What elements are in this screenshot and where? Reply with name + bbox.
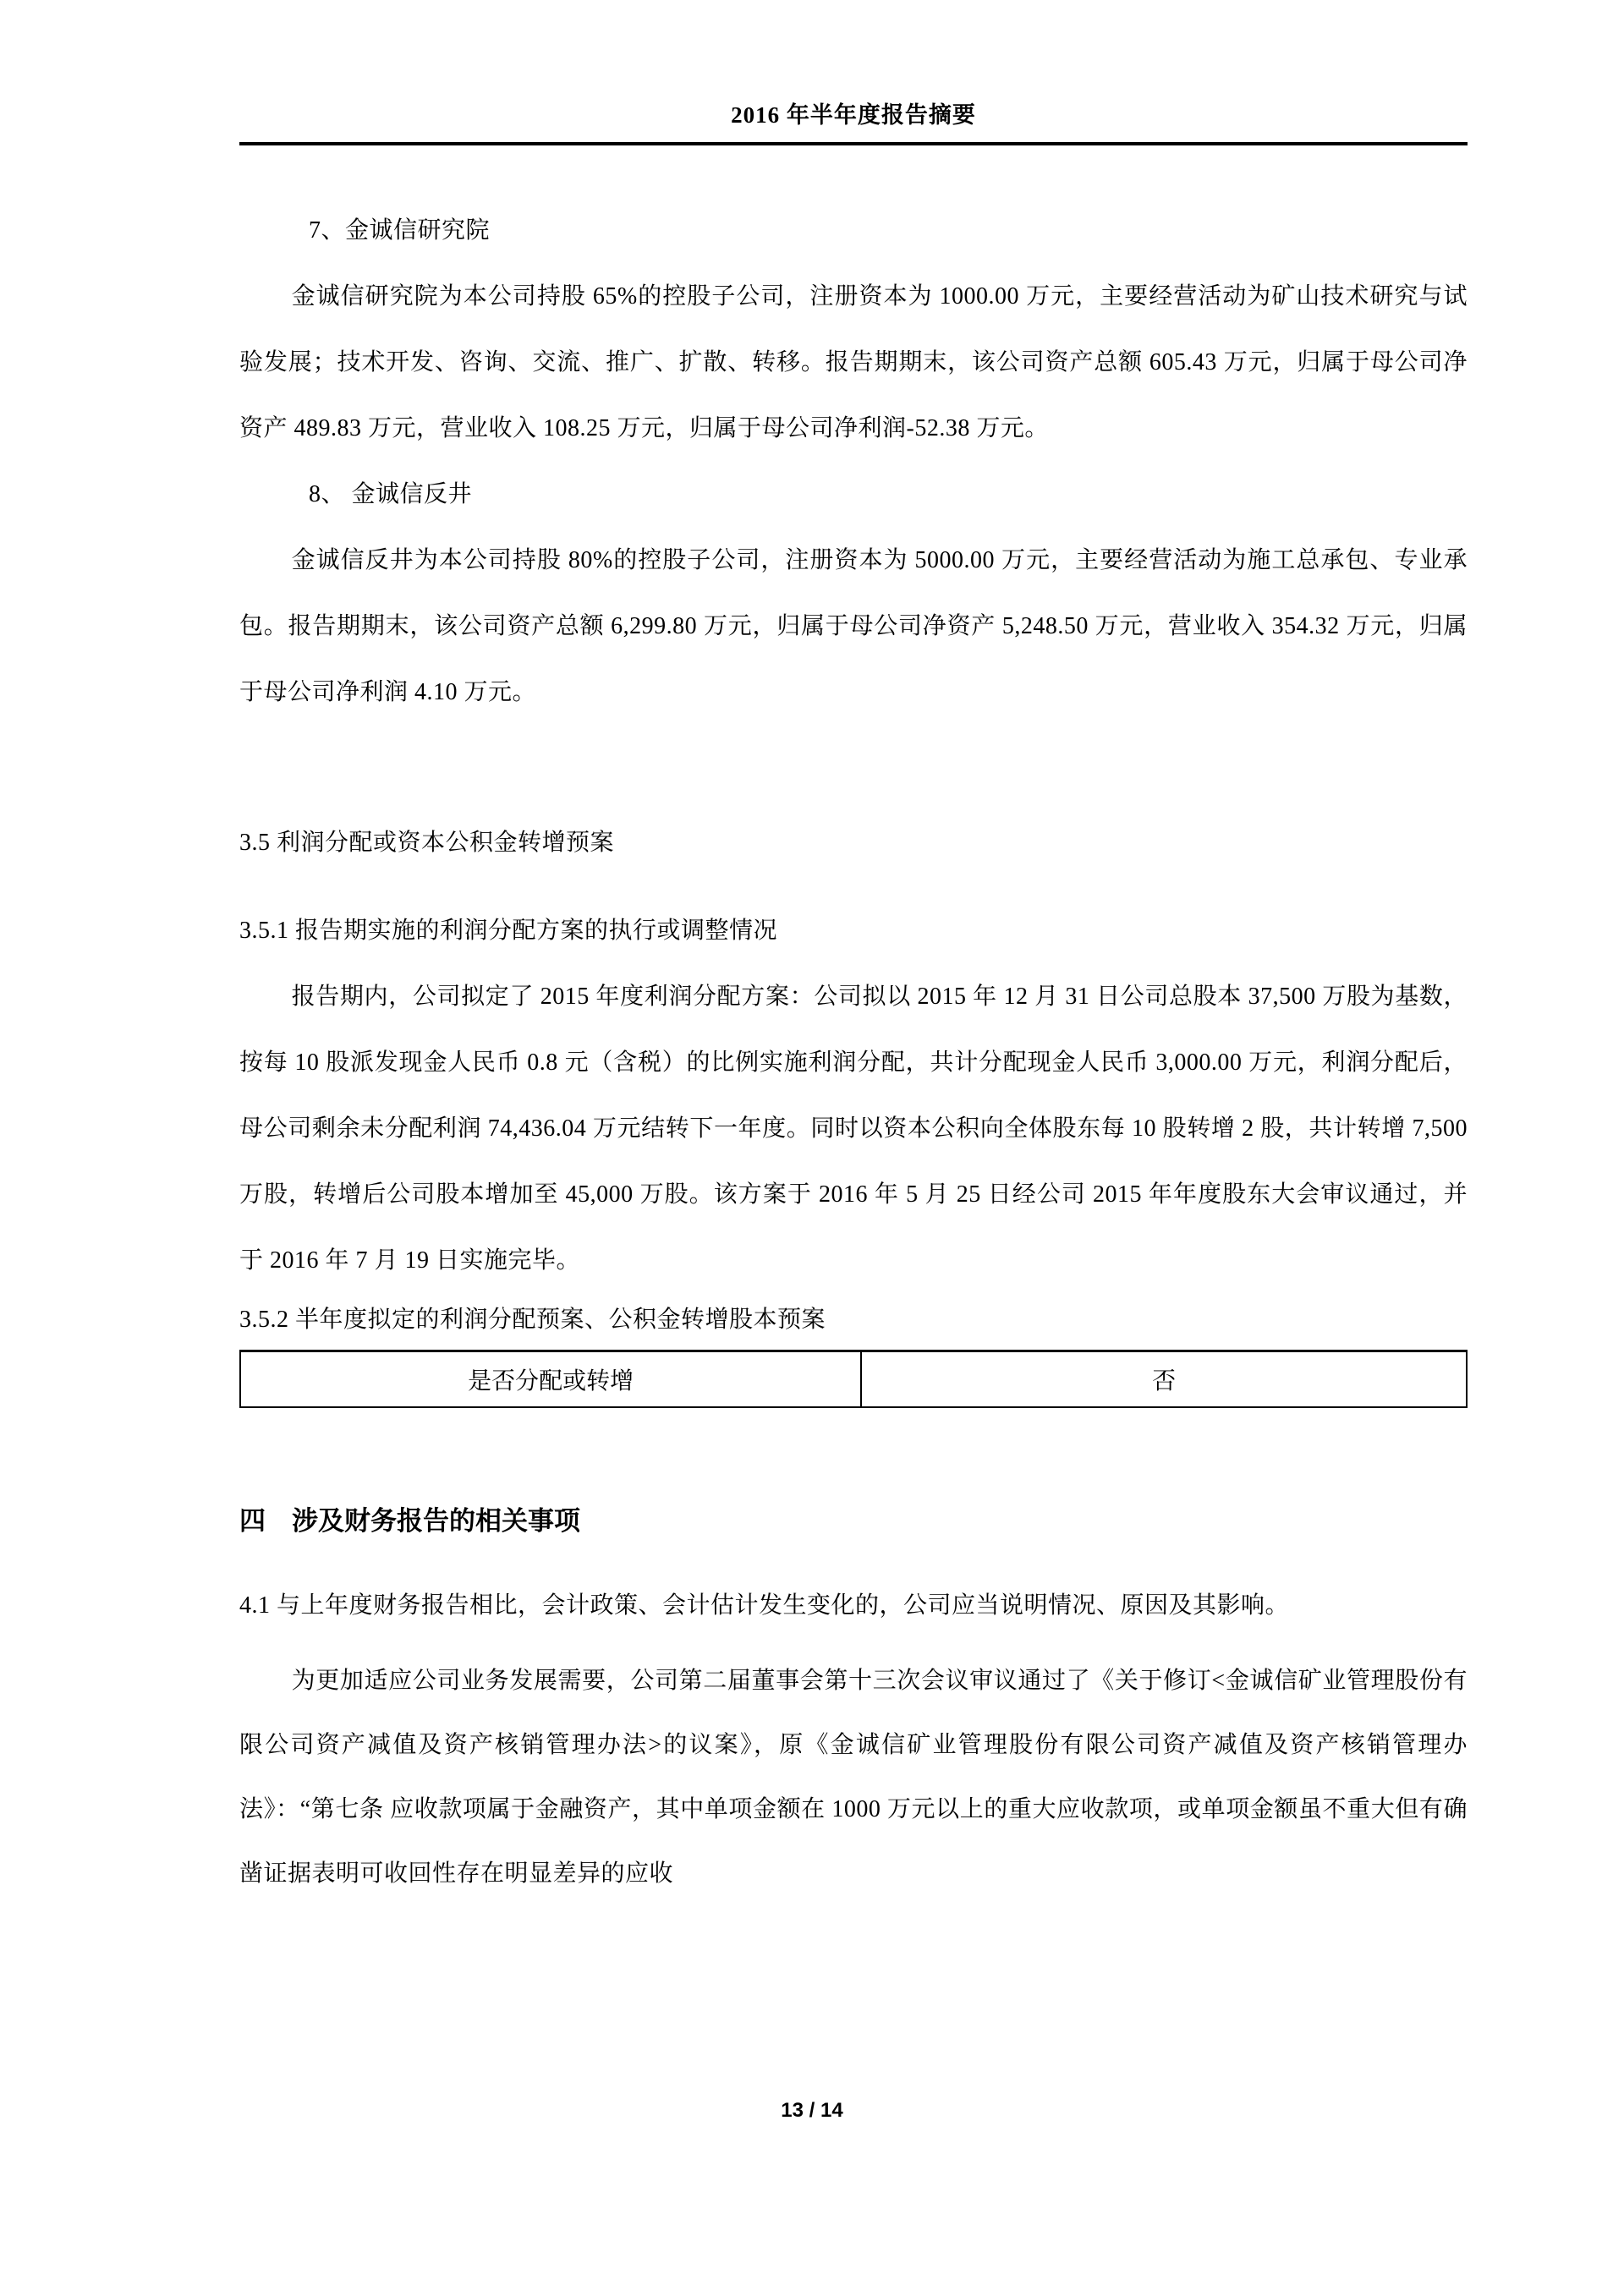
report-page: 2016 年半年度报告摘要 7、金诚信研究院 金诚信研究院为本公司持股 65%的…: [239, 0, 1468, 2296]
table-row: 是否分配或转增 否: [240, 1351, 1467, 1408]
section-7-heading: 7、金诚信研究院: [239, 198, 1468, 264]
section-3-5-1-paragraph: 报告期内，公司拟定了 2015 年度利润分配方案：公司拟以 2015 年 12 …: [239, 964, 1468, 1294]
table-cell-label: 是否分配或转增: [240, 1351, 861, 1408]
section-3-5-heading: 3.5 利润分配或资本公积金转增预案: [239, 810, 1468, 876]
distribution-table: 是否分配或转增 否: [239, 1350, 1468, 1408]
section-7-paragraph: 金诚信研究院为本公司持股 65%的控股子公司，注册资本为 1000.00 万元，…: [239, 264, 1468, 462]
section-4-1-paragraph: 为更加适应公司业务发展需要，公司第二届董事会第十三次会议审议通过了《关于修订<金…: [239, 1649, 1468, 1906]
page-header-title: 2016 年半年度报告摘要: [239, 0, 1468, 132]
section-3-5-1-heading: 3.5.1 报告期实施的利润分配方案的执行或调整情况: [239, 898, 1468, 964]
header-rule: [239, 142, 1468, 145]
section-4-1-heading: 4.1 与上年度财务报告相比，会计政策、会计估计发生变化的，公司应当说明情况、原…: [239, 1574, 1468, 1637]
section-4-heading: 四 涉及财务报告的相关事项: [239, 1501, 1468, 1542]
table-cell-value: 否: [861, 1351, 1467, 1408]
section-8-paragraph: 金诚信反井为本公司持股 80%的控股子公司，注册资本为 5000.00 万元，主…: [239, 528, 1468, 726]
section-3-5-2-heading: 3.5.2 半年度拟定的利润分配预案、公积金转增股本预案: [239, 1294, 1468, 1346]
page-number: 13 / 14: [0, 2099, 1624, 2123]
section-8-heading: 8、 金诚信反井: [239, 462, 1468, 528]
